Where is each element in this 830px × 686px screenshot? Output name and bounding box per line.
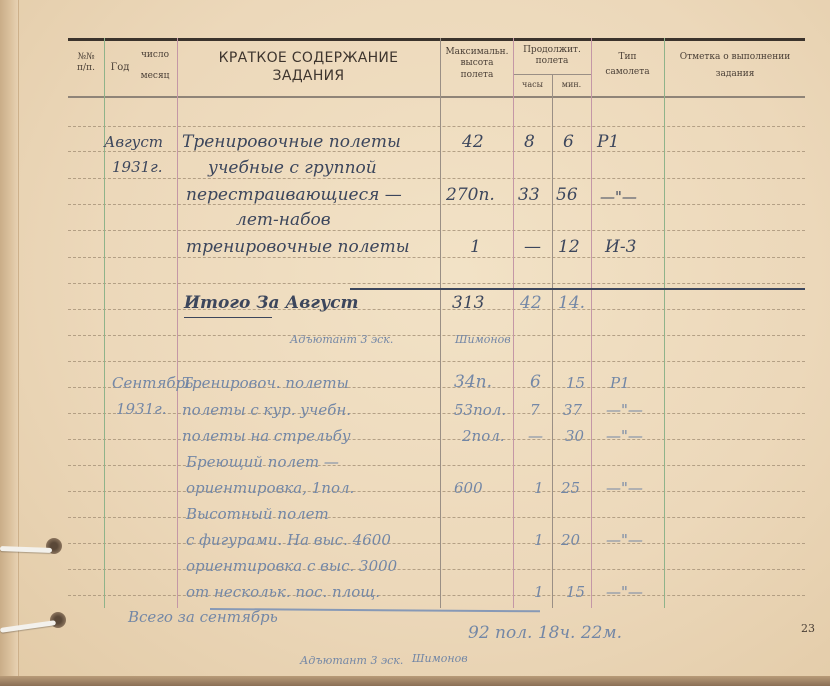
august-total-height: 313	[452, 293, 484, 313]
august-year: 1931г.	[112, 158, 163, 176]
max-height: 1	[470, 237, 481, 257]
page-bottom-edge	[0, 676, 830, 686]
september-year: 1931г.	[116, 400, 167, 418]
max-height: 600	[454, 479, 483, 497]
august-total-hours: 42	[520, 293, 542, 313]
august-month: Август	[104, 133, 163, 151]
task-text: Высотный полет	[186, 505, 329, 523]
header-aircraft-type: Тип самолета	[591, 52, 664, 79]
task-text: лет-набов	[236, 210, 331, 230]
task-text: Тренировочные полеты	[182, 132, 401, 152]
hours: 1	[534, 479, 544, 497]
task-text: Тренировоч. полеты	[182, 374, 349, 392]
max-height: 270п.	[446, 185, 495, 205]
column-rule	[513, 38, 514, 608]
aircraft-type: Р1	[597, 132, 619, 152]
table-top-rule	[68, 38, 805, 41]
task-text: перестраивающиеся —	[186, 185, 402, 205]
minutes: 15	[566, 583, 585, 601]
minutes: 20	[561, 531, 580, 549]
minutes: 30	[565, 427, 584, 445]
header-task-summary: КРАТКОЕ СОДЕРЖАНИЕ ЗАДАНИЯ	[177, 50, 440, 85]
september-total-label: Всего за сентябрь	[128, 608, 278, 626]
header-completion-mark: Отметка о выполнении задания	[665, 52, 805, 81]
task-text: полеты на стрельбу	[182, 427, 351, 445]
minutes: 56	[556, 185, 578, 205]
logbook-page: №№ п/п. Год число месяц КРАТКОЕ СОДЕРЖАН…	[0, 0, 830, 686]
task-text: тренировочные полеты	[186, 237, 410, 257]
column-rule	[664, 38, 665, 608]
task-text: с фигурами. На выс. 4600	[186, 531, 391, 549]
column-rule	[177, 38, 178, 608]
column-rule	[552, 74, 553, 608]
aircraft-type: —"—	[606, 531, 643, 549]
august-total-label: Итого За Август	[184, 293, 358, 313]
signature-name: Шимонов	[455, 333, 511, 346]
september-total-value: 92 пол. 18ч. 22м.	[468, 623, 622, 643]
august-total-minutes: 14.	[558, 293, 585, 313]
header-bottom-rule	[68, 96, 805, 98]
header-max-height: Максимальн. высота полета	[441, 47, 513, 81]
max-height: 42	[462, 132, 484, 152]
hours: 1	[534, 531, 544, 549]
aircraft-type: —"—	[606, 583, 643, 601]
header-month: месяц	[134, 71, 176, 82]
hours: —	[528, 427, 543, 445]
total-label-underline	[184, 317, 272, 318]
aircraft-type: —"—	[606, 427, 643, 445]
header-hours: часы	[513, 80, 552, 90]
hours: 6	[530, 372, 541, 392]
header-number-col: №№ п/п.	[68, 52, 104, 75]
max-height: 53пол.	[454, 401, 506, 419]
task-text: от нескольк. пос. площ.	[186, 583, 380, 601]
minutes: 6	[563, 132, 574, 152]
max-height: 34п.	[454, 372, 492, 392]
august-total-rule	[350, 288, 805, 290]
minutes: 15	[566, 374, 585, 392]
header-minutes: мин.	[552, 80, 591, 90]
aircraft-type: И-3	[605, 237, 636, 257]
book-spine	[0, 0, 19, 686]
aircraft-type: —"—	[606, 479, 643, 497]
task-text: ориентировка с выс. 3000	[186, 557, 397, 575]
aircraft-type: Р1	[610, 374, 630, 392]
hours: —	[524, 237, 541, 257]
task-text: учебные с группой	[208, 158, 377, 178]
hours: 8	[524, 132, 535, 152]
task-text: Бреющий полет —	[186, 453, 339, 471]
aircraft-type: —"—	[606, 401, 643, 419]
column-rule	[591, 38, 592, 608]
header-day: число	[134, 50, 176, 61]
signature-name: Шимонов	[412, 652, 468, 665]
column-rule	[440, 38, 441, 608]
header-year: Год	[106, 62, 134, 75]
column-rule	[104, 38, 105, 608]
hours: 1	[534, 583, 544, 601]
minutes: 12	[558, 237, 580, 257]
minutes: 37	[563, 401, 582, 419]
max-height: 2пол.	[462, 427, 505, 445]
signature-title: Адъютант 3 эск.	[300, 654, 403, 667]
signature-title: Адъютант 3 эск.	[290, 333, 393, 346]
header-duration: Продолжит. полета	[513, 45, 591, 68]
aircraft-type: —"—	[600, 188, 637, 206]
task-text: ориентировка, 1пол.	[186, 479, 354, 497]
task-text: полеты с кур. учебн.	[182, 401, 351, 419]
minutes: 25	[561, 479, 580, 497]
hours: 7	[530, 401, 540, 419]
hours: 33	[518, 185, 540, 205]
page-number: 23	[801, 622, 815, 635]
